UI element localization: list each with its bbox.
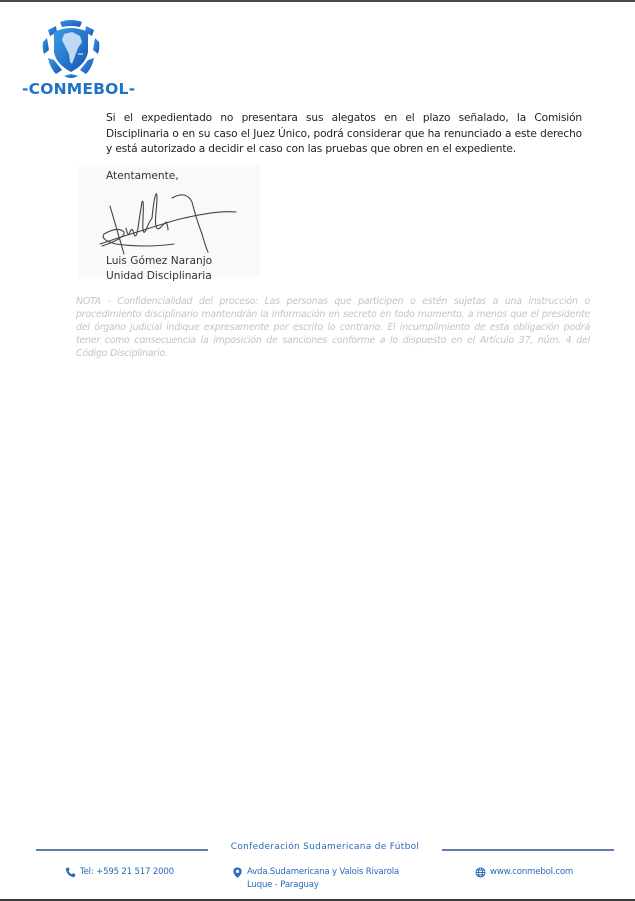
website-link[interactable]: www.conmebol.com bbox=[490, 866, 573, 879]
body-paragraph: Si el expedientado no presentara sus ale… bbox=[106, 111, 582, 158]
logo-wordmark: -CONMEBOL- bbox=[22, 80, 122, 98]
footer-address: Avda.Sudamericana y Valois Rivarola Luqu… bbox=[232, 866, 399, 892]
footer-divider-right bbox=[442, 849, 614, 851]
confidentiality-note: NOTA - Confidencialidad del proceso: Las… bbox=[76, 295, 590, 360]
address-line-1: Avda.Sudamericana y Valois Rivarola bbox=[247, 866, 399, 879]
signer-name: Luis Gómez Naranjo bbox=[106, 254, 212, 269]
footer-phone: Tel: +595 21 517 2000 bbox=[65, 866, 174, 879]
signer-block: Luis Gómez Naranjo Unidad Disciplinaria bbox=[106, 254, 212, 283]
phone-icon bbox=[65, 867, 76, 878]
globe-icon bbox=[475, 867, 486, 878]
conmebol-logo: -CONMEBOL- bbox=[22, 18, 122, 102]
map-pin-icon bbox=[232, 867, 243, 878]
signature-image bbox=[96, 188, 241, 256]
footer-organization: Confederación Sudamericana de Fútbol bbox=[208, 842, 442, 852]
phone-number: Tel: +595 21 517 2000 bbox=[80, 866, 174, 879]
conmebol-emblem-icon bbox=[38, 18, 104, 80]
signer-unit: Unidad Disciplinaria bbox=[106, 269, 212, 284]
footer-divider-left bbox=[36, 849, 208, 851]
closing-salutation: Atentamente, bbox=[106, 170, 179, 182]
address-line-2: Luque - Paraguay bbox=[247, 879, 399, 892]
footer-website: www.conmebol.com bbox=[475, 866, 573, 879]
top-border bbox=[0, 0, 635, 2]
